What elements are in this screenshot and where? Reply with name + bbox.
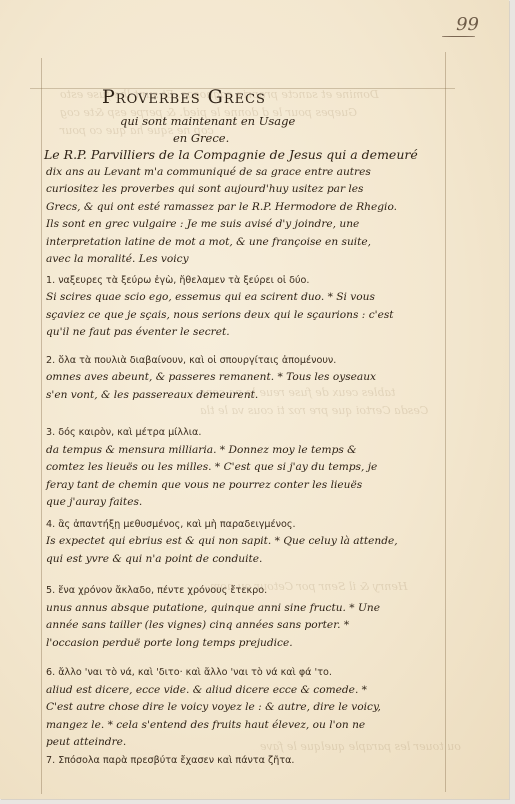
proverb-translation-line: comtez les lieuës ou les milles. * C'est…	[46, 459, 476, 477]
proverb-greek: 4. ἂς ἀπαντήξῃ μεθυσμένος, καὶ μὴ παραδε…	[46, 516, 476, 534]
left-margin-rule	[41, 58, 42, 794]
intro-line: Ils sont en grec vulgaire : Je me suis a…	[46, 216, 476, 234]
proverb-5: 5. ἕνα χρόνον ἄκλαδο, πέντε χρόνους ἔτεκ…	[46, 582, 476, 652]
proverb-translation-line: aliud est dicere, ecce vide. & aliud dic…	[46, 682, 476, 700]
proverb-7: 7. Σπόσολα παρὰ πρεσβύτα ἔχασεν καὶ πάντ…	[46, 752, 476, 770]
page-title: Proverbes Grecs	[102, 86, 266, 108]
proverb-greek: 1. ναξευρες τὰ ξεύρω ἐγὼ, ἤθελαμεν τὰ ξε…	[46, 272, 476, 290]
introduction-paragraph: Le R.P. Parvilliers de la Compagnie de J…	[46, 146, 476, 269]
folio-number: 99	[456, 14, 479, 35]
proverb-greek: 6. ἄλλο 'ναι τὸ νά, καὶ 'διτο· καὶ ἄλλο …	[46, 664, 476, 682]
proverb-translation-line: omnes aves abeunt, & passeres remanent. …	[46, 369, 476, 387]
subtitle-line-1: qui sont maintenant en Usage	[120, 114, 295, 128]
proverb-greek: 7. Σπόσολα παρὰ πρεσβύτα ἔχασεν καὶ πάντ…	[46, 752, 476, 770]
proverb-2: 2. ὅλα τὰ πουλιὰ διαβαίνουν, καὶ οἱ σπου…	[46, 352, 476, 405]
proverb-translation-line: que j'auray faites.	[46, 494, 476, 512]
proverb-translation-line: s'en vont, & les passereaux demeurent.	[46, 387, 476, 405]
intro-line: avec la moralité. Les voicy	[46, 251, 476, 269]
intro-line: curiositez les proverbes qui sont aujour…	[46, 181, 476, 199]
proverb-translation-line: C'est autre chose dire le voicy voyez le…	[46, 699, 476, 717]
manuscript-page: Domine et sancte proprie cognosce. Et su…	[0, 0, 509, 799]
manuscript-body: Le R.P. Parvilliers de la Compagnie de J…	[46, 146, 476, 769]
proverb-translation-line: Si scires quae scio ego, essemus qui ea …	[46, 289, 476, 307]
proverb-translation-line: Is expectet qui ebrius est & qui non sap…	[46, 533, 476, 551]
proverb-translation-line: feray tant de chemin que vous ne pourrez…	[46, 477, 476, 495]
intro-line: dix ans au Levant m'a communiqué de sa g…	[46, 164, 476, 182]
intro-line: interpretation latine de mot a mot, & un…	[46, 234, 476, 252]
intro-line: Le R.P. Parvilliers de la Compagnie de J…	[44, 146, 476, 164]
proverb-translation-line: unus annus absque putatione, quinque ann…	[46, 600, 476, 618]
proverb-translation-line: da tempus & mensura milliaria. * Donnez …	[46, 442, 476, 460]
proverb-greek: 3. δός καιρὸν, καὶ μέτρα μίλλια.	[46, 424, 476, 442]
proverb-translation-line: peut atteindre.	[46, 734, 476, 752]
proverb-translation-line: l'occasion perduë porte long temps preju…	[46, 635, 476, 653]
proverb-1: 1. ναξευρες τὰ ξεύρω ἐγὼ, ἤθελαμεν τὰ ξε…	[46, 272, 476, 342]
proverb-translation-line: qu'il ne faut pas éventer le secret.	[46, 324, 476, 342]
intro-line: Grecs, & qui ont esté ramassez par le R.…	[46, 199, 476, 217]
proverb-translation-line: mangez le. * cela s'entend des fruits ha…	[46, 717, 476, 735]
subtitle-line-2: en Grece.	[173, 131, 229, 145]
proverb-translation-line: qui est yvre & qui n'a point de conduite…	[46, 551, 476, 569]
proverb-translation-line: sçaviez ce que je sçais, nous serions de…	[46, 307, 476, 325]
proverb-translation-line: année sans tailler (les vignes) cinq ann…	[46, 617, 476, 635]
proverb-greek: 2. ὅλα τὰ πουλιὰ διαβαίνουν, καὶ οἱ σπου…	[46, 352, 476, 370]
proverb-3: 3. δός καιρὸν, καὶ μέτρα μίλλια. da temp…	[46, 424, 476, 512]
proverb-greek: 5. ἕνα χρόνον ἄκλαδο, πέντε χρόνους ἔτεκ…	[46, 582, 476, 600]
proverb-6: 6. ἄλλο 'ναι τὸ νά, καὶ 'διτο· καὶ ἄλλο …	[46, 664, 476, 752]
proverb-4: 4. ἂς ἀπαντήξῃ μεθυσμένος, καὶ μὴ παραδε…	[46, 516, 476, 569]
